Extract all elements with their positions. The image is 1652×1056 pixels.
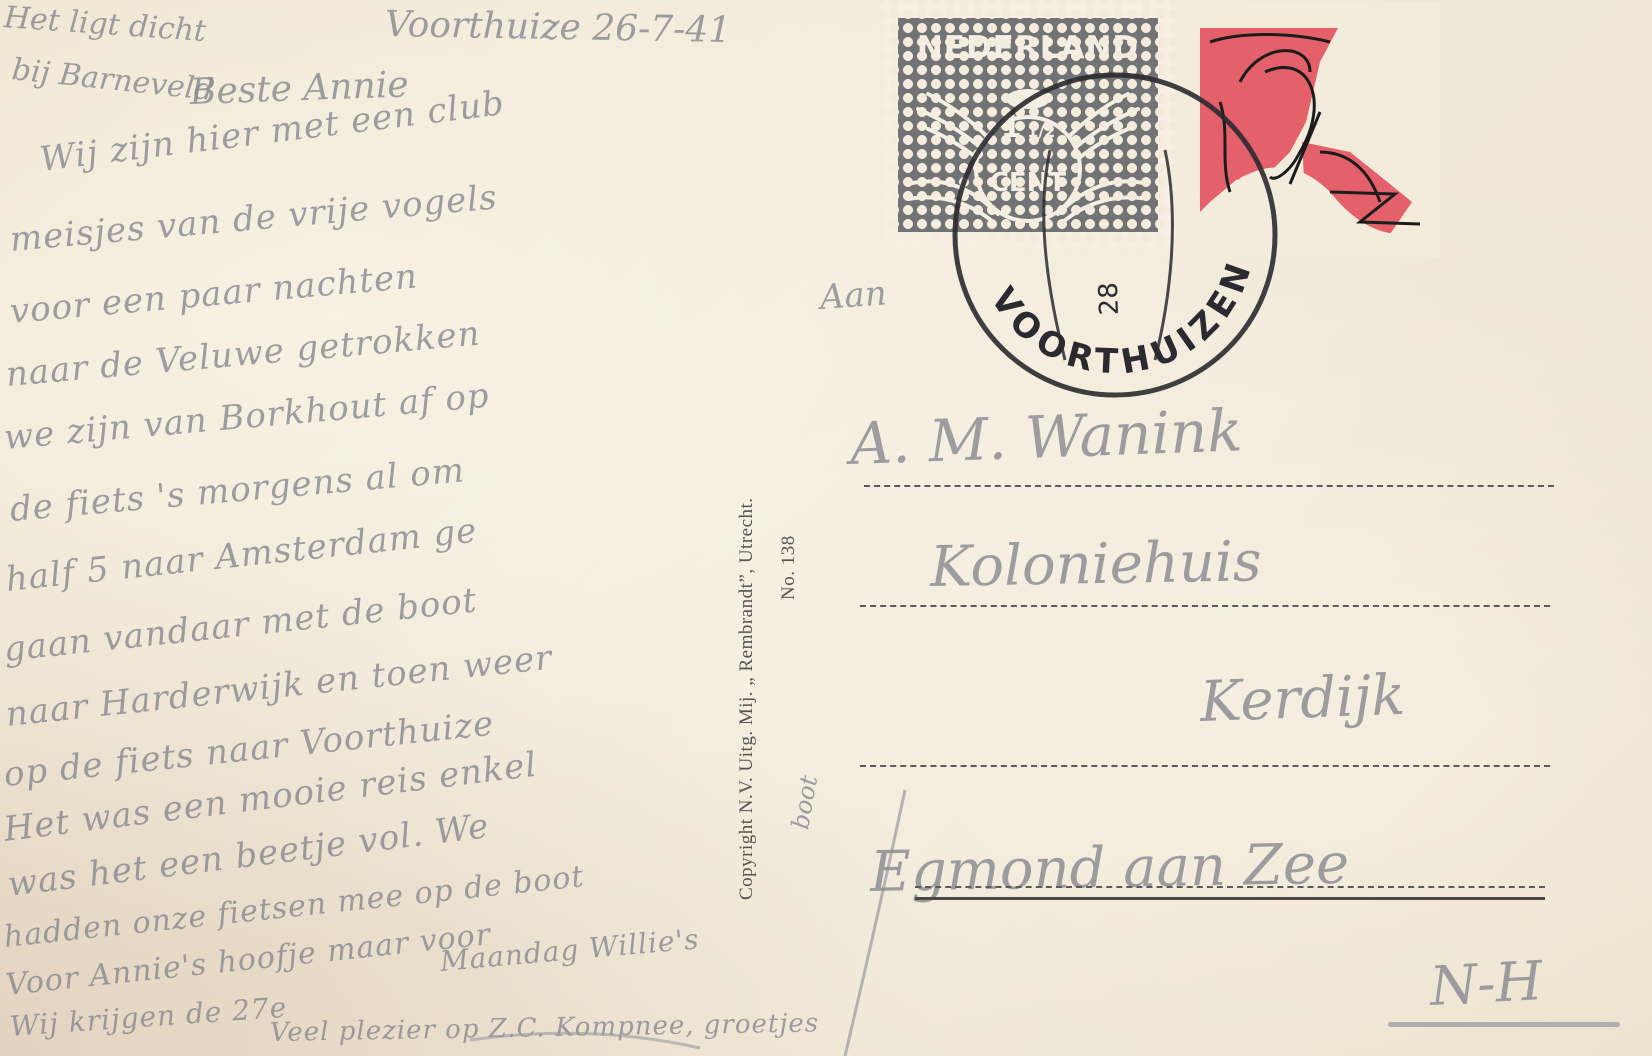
stamp-country: NEDERLAND	[898, 30, 1158, 66]
address-line-city: Egmond aan Zee	[869, 832, 1349, 905]
region-underline	[1388, 1022, 1620, 1027]
stamp-value: 1 1/2	[898, 110, 1158, 145]
card-number: No. 138	[778, 535, 800, 600]
address-rule-2	[860, 605, 1550, 607]
address-rule-4	[915, 886, 1545, 888]
address-rule-1	[864, 485, 1554, 487]
address-prefix: Aan	[819, 273, 888, 318]
postcard-back: Het ligt dicht bij Barneveld Voorthuize …	[0, 0, 1652, 1056]
address-line-name: A. M. Wanink	[849, 396, 1244, 478]
stamp-unit: CENT	[898, 168, 1158, 198]
address-rule-underline	[915, 897, 1545, 900]
stamp-grey-1-5-cent: NEDERLAND 1 1/2	[880, 0, 1176, 250]
address-region: N-H	[1428, 949, 1544, 1018]
address-line-institution: Koloniehuis	[929, 529, 1262, 600]
stamp-red-torn	[1180, 2, 1440, 258]
address-rule-3	[860, 765, 1550, 767]
publisher-imprint: Copyright N.V. Uitg. Mij. „ Rembrandt”, …	[736, 497, 758, 900]
dove-icon	[908, 74, 1148, 224]
address-line-street: Kerdijk	[1199, 663, 1406, 735]
